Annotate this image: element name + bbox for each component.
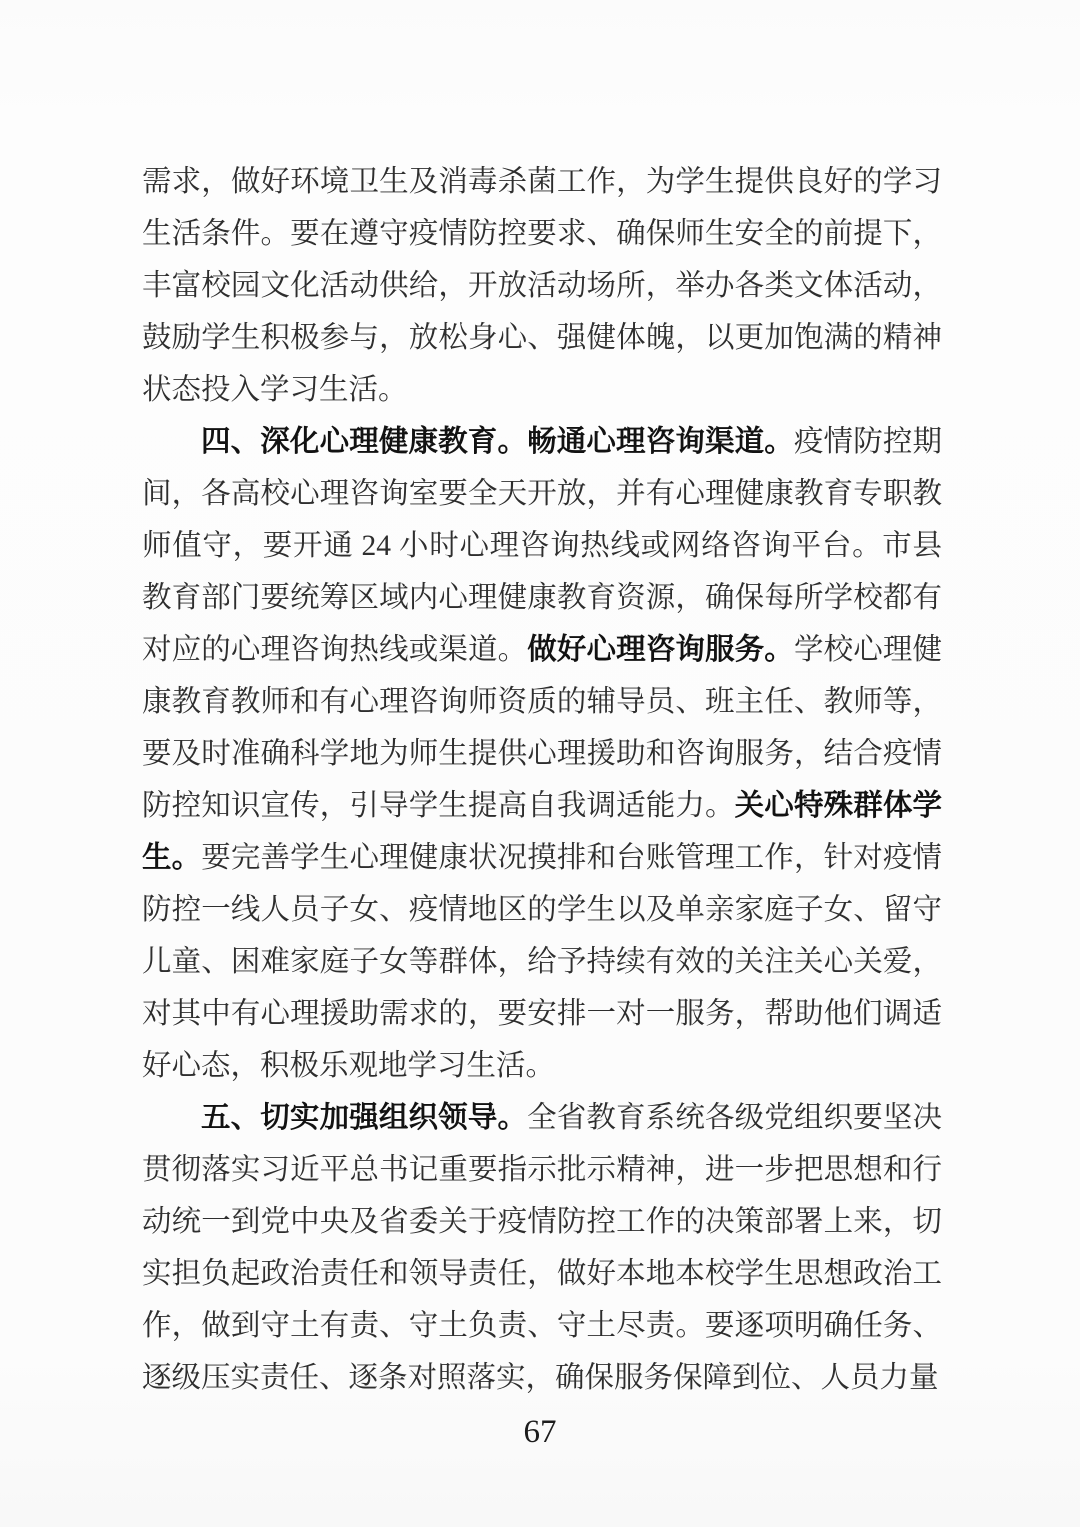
body-text: 要完善学生心理健康状况摸排和台账管理工作，针对疫情防控一线人员子女、疫情地区的学… [142,842,942,1082]
bold-emphasis-text: 四、深化心理健康教育。畅通心理咨询渠道。 [201,425,794,458]
text-block: 需求，做好环境卫生及消毒杀菌工作，为学生提供良好的学习生活条件。要在遵守疫情防控… [142,156,942,1404]
body-text: 需求，做好环境卫生及消毒杀菌工作，为学生提供良好的学习生活条件。要在遵守疫情防控… [142,166,942,406]
paragraph: 四、深化心理健康教育。畅通心理咨询渠道。疫情防控期间，各高校心理咨询室要全天开放… [142,416,942,1092]
body-text: 全省教育系统各级党组织要坚决贯彻落实习近平总书记重要指示批示精神，进一步把思想和… [142,1102,942,1394]
bold-emphasis-text: 五、切实加强组织领导。 [201,1101,527,1134]
body-text: 疫情防控期间，各高校心理咨询室要全天开放，并有心理健康教育专职教师值守，要开通 … [142,426,942,666]
bold-emphasis-text: 做好心理咨询服务。 [527,633,794,666]
paragraph: 需求，做好环境卫生及消毒杀菌工作，为学生提供良好的学习生活条件。要在遵守疫情防控… [142,156,942,416]
page-number: 67 [0,1406,1080,1458]
document-page: 需求，做好环境卫生及消毒杀菌工作，为学生提供良好的学习生活条件。要在遵守疫情防控… [0,0,1080,1527]
paragraph: 五、切实加强组织领导。全省教育系统各级党组织要坚决贯彻落实习近平总书记重要指示批… [142,1092,942,1404]
